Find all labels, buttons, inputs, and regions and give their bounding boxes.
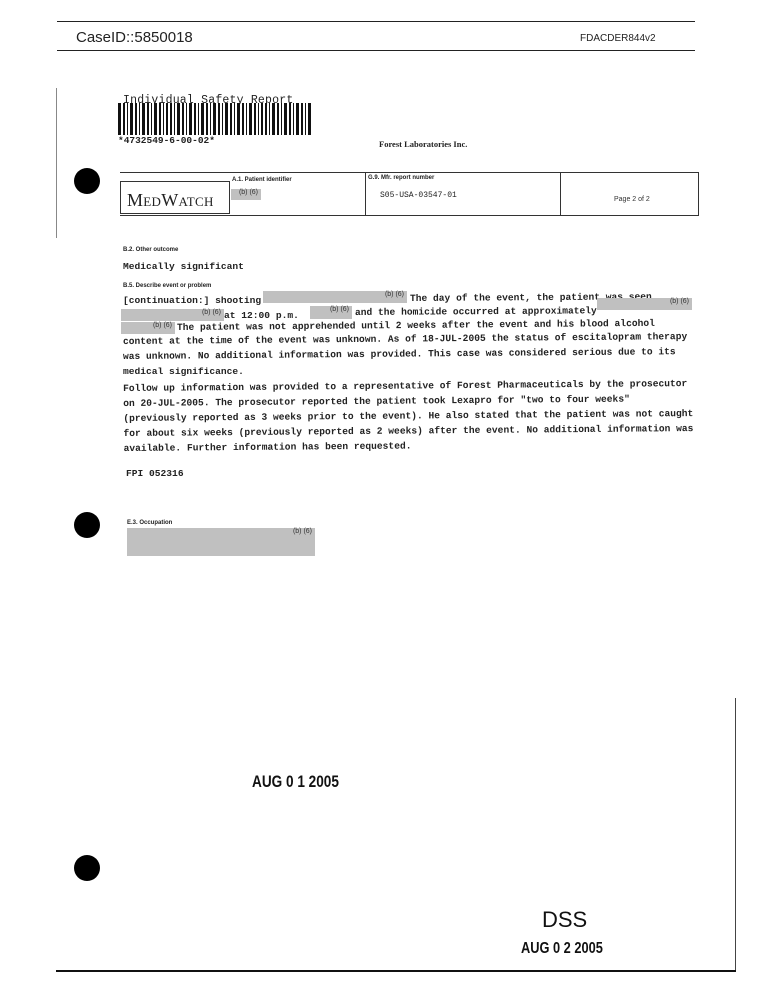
redaction-5: (b) (6) <box>121 322 175 334</box>
header-top-rule <box>57 21 695 22</box>
other-outcome-value: Medically significant <box>123 259 244 274</box>
barcode-image <box>118 103 313 135</box>
page-left-edge <box>56 88 57 238</box>
barcode-number: *4732549-6-00-02* <box>118 135 215 146</box>
reference-number: FPI 052316 <box>126 466 184 481</box>
punch-hole-2 <box>74 512 100 538</box>
mfr-report-label: G.9. Mfr. report number <box>368 175 434 181</box>
case-id: CaseID::5850018 <box>76 29 193 46</box>
medwatch-logo-cell: MedWatch <box>120 181 230 214</box>
company-name: Forest Laboratories Inc. <box>379 139 467 149</box>
patient-identifier-redaction: (b) (6) <box>231 189 261 200</box>
form-code: FDACDER844v2 <box>580 33 656 44</box>
redaction-2: (b) (6) <box>597 298 692 310</box>
occupation-label: E.3. Occupation <box>127 520 172 526</box>
event-line-1a: [continuation:] shooting <box>123 293 261 308</box>
mfr-report-number: S05-USA-03547-01 <box>380 191 457 200</box>
header-bottom-rule <box>57 50 695 51</box>
dss-stamp-label: DSS <box>542 907 587 933</box>
divider-2 <box>560 173 561 215</box>
received-date-stamp: AUG 0 1 2005 <box>252 772 339 792</box>
redaction-code: (b) (6) <box>330 306 349 313</box>
followup-paragraph: Follow up information was provided to a … <box>123 376 694 456</box>
page-indicator: Page 2 of 2 <box>614 196 650 203</box>
redaction-code: (b) (6) <box>239 189 258 196</box>
dss-date-stamp: AUG 0 2 2005 <box>521 940 603 958</box>
patient-identifier-label: A.1. Patient identifier <box>232 177 292 183</box>
page-bottom-edge <box>56 970 736 972</box>
describe-event-label: B.5. Describe event or problem <box>123 283 211 289</box>
redaction-4: (b) (6) <box>310 306 352 319</box>
redaction-code: (b) (6) <box>293 528 312 535</box>
divider-1 <box>365 173 366 215</box>
punch-hole-3 <box>74 855 100 881</box>
redaction-code: (b) (6) <box>670 298 689 305</box>
other-outcome-label: B.2. Other outcome <box>123 247 178 253</box>
redaction-1: (b) (6) <box>263 291 407 303</box>
event-line-6: medical significance. <box>123 364 244 379</box>
punch-hole-1 <box>74 168 100 194</box>
page-right-edge <box>735 698 736 972</box>
redaction-code: (b) (6) <box>153 322 172 329</box>
medwatch-box: MedWatch A.1. Patient identifier (b) (6)… <box>120 172 699 216</box>
redaction-code: (b) (6) <box>385 291 404 298</box>
medwatch-logo: MedWatch <box>127 190 214 211</box>
occupation-redaction: (b) (6) <box>127 528 315 556</box>
redaction-code: (b) (6) <box>202 309 221 316</box>
